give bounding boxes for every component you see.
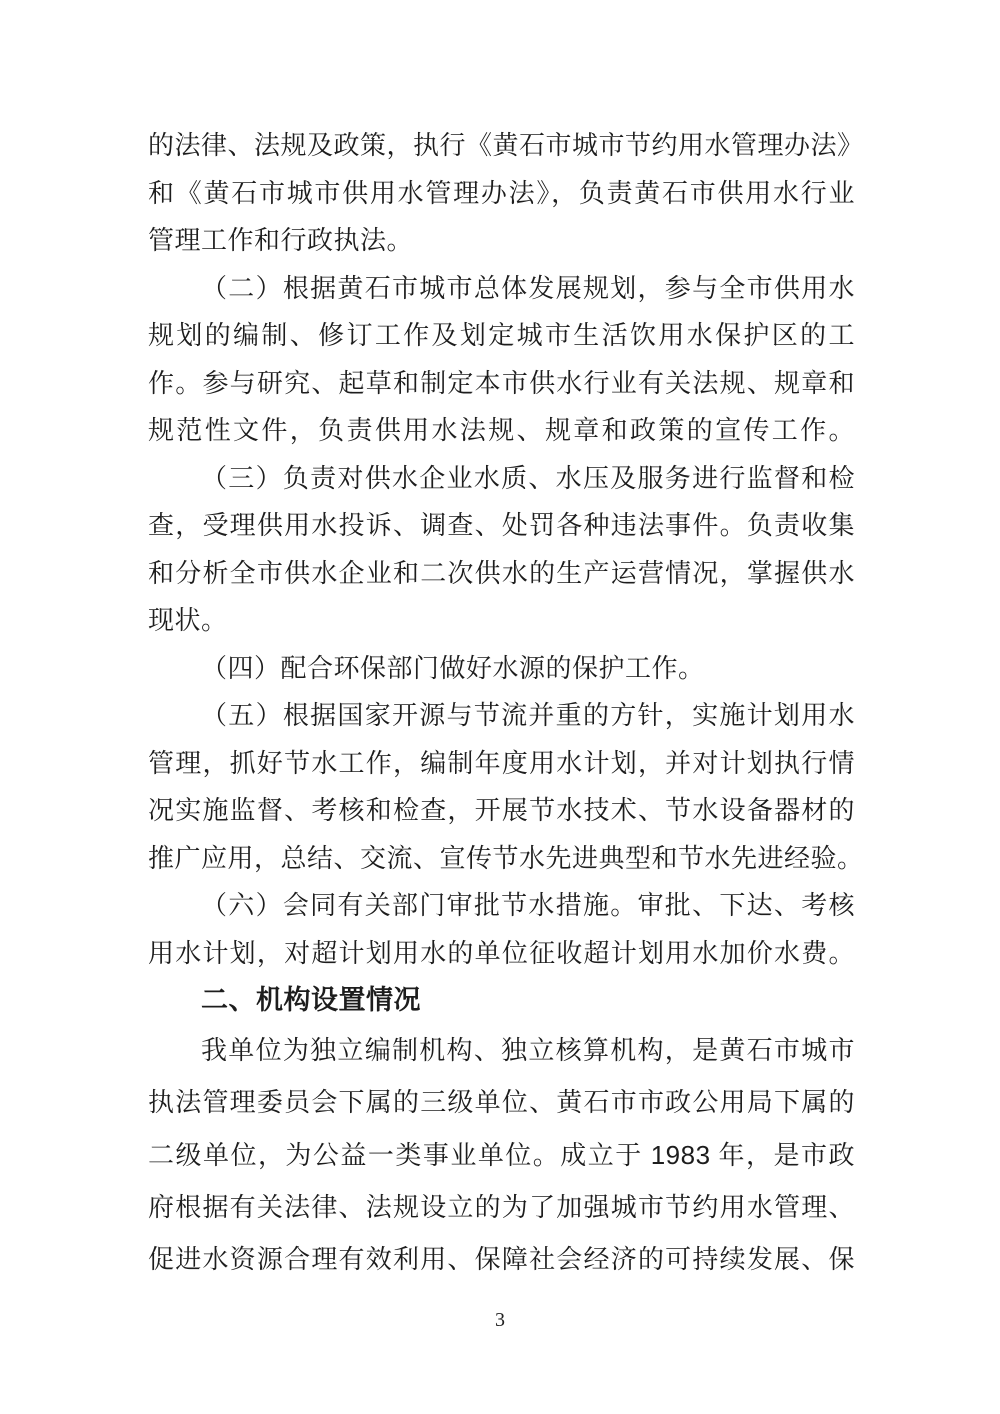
text-line: 现状。 — [148, 597, 855, 645]
text-line: （六）会同有关部门审批节水措施。审批、下达、考核 — [148, 882, 855, 930]
text-line: 促进水资源合理有效利用、保障社会经济的可持续发展、保 — [148, 1234, 855, 1286]
document-body: 的法律、法规及政策，执行《黄石市城市节约用水管理办法》 和《黄石市城市供用水管理… — [148, 122, 855, 1286]
paragraph-item-5: （五）根据国家开源与节流并重的方针，实施计划用水 管理，抓好节水工作，编制年度用… — [148, 692, 855, 882]
paragraph-item-2: （二）根据黄石市城市总体发展规划，参与全市供用水 规划的编制、修订工作及划定城市… — [148, 265, 855, 455]
text-line: 作。参与研究、起草和制定本市供水行业有关法规、规章和 — [148, 360, 855, 408]
paragraph-org-setup: 我单位为独立编制机构、独立核算机构，是黄石市城市 执法管理委员会下属的三级单位、… — [148, 1025, 855, 1286]
text-line: 和分析全市供水企业和二次供水的生产运营情况，掌握供水 — [148, 550, 855, 598]
text-line: 管理工作和行政执法。 — [148, 217, 855, 265]
document-page: 的法律、法规及政策，执行《黄石市城市节约用水管理办法》 和《黄石市城市供用水管理… — [0, 0, 1000, 1414]
page-number: 3 — [0, 1308, 1000, 1332]
text-line: 执法管理委员会下属的三级单位、黄石市市政公用局下属的 — [148, 1077, 855, 1129]
text-line: 推广应用，总结、交流、宣传节水先进典型和节水先进经验。 — [148, 835, 855, 883]
text-line: 查，受理供用水投诉、调查、处罚各种违法事件。负责收集 — [148, 502, 855, 550]
text-line: 和《黄石市城市供用水管理办法》，负责黄石市供用水行业 — [148, 170, 855, 218]
paragraph-item-3: （三）负责对供水企业水质、水压及服务进行监督和检 查，受理供用水投诉、调查、处罚… — [148, 455, 855, 645]
paragraph-item-6: （六）会同有关部门审批节水措施。审批、下达、考核 用水计划，对超计划用水的单位征… — [148, 882, 855, 977]
text-line: 的法律、法规及政策，执行《黄石市城市节约用水管理办法》 — [148, 122, 855, 170]
text-line: 用水计划，对超计划用水的单位征收超计划用水加价水费。 — [148, 930, 855, 978]
text-line: 管理，抓好节水工作，编制年度用水计划，并对计划执行情 — [148, 740, 855, 788]
text-line: 规划的编制、修订工作及划定城市生活饮用水保护区的工 — [148, 312, 855, 360]
text-line: 况实施监督、考核和检查，开展节水技术、节水设备器材的 — [148, 787, 855, 835]
text-line: 二级单位，为公益一类事业单位。成立于 1983 年，是市政 — [148, 1129, 855, 1182]
text-line: 规范性文件，负责供用水法规、规章和政策的宣传工作。 — [148, 407, 855, 455]
text-line: 我单位为独立编制机构、独立核算机构，是黄石市城市 — [148, 1025, 855, 1077]
founding-year: 1983 — [651, 1140, 711, 1170]
text-line: （三）负责对供水企业水质、水压及服务进行监督和检 — [148, 455, 855, 503]
paragraph-continuation: 的法律、法规及政策，执行《黄石市城市节约用水管理办法》 和《黄石市城市供用水管理… — [148, 122, 855, 265]
text-segment: 年，是市政 — [711, 1141, 855, 1170]
text-line: （四）配合环保部门做好水源的保护工作。 — [148, 645, 855, 693]
text-line: （五）根据国家开源与节流并重的方针，实施计划用水 — [148, 692, 855, 740]
section-heading: 二、机构设置情况 — [148, 977, 855, 1025]
text-segment: 二级单位，为公益一类事业单位。成立于 — [148, 1141, 651, 1170]
text-line: 府根据有关法律、法规设立的为了加强城市节约用水管理、 — [148, 1182, 855, 1234]
text-line: （二）根据黄石市城市总体发展规划，参与全市供用水 — [148, 265, 855, 313]
paragraph-item-4: （四）配合环保部门做好水源的保护工作。 — [148, 645, 855, 693]
